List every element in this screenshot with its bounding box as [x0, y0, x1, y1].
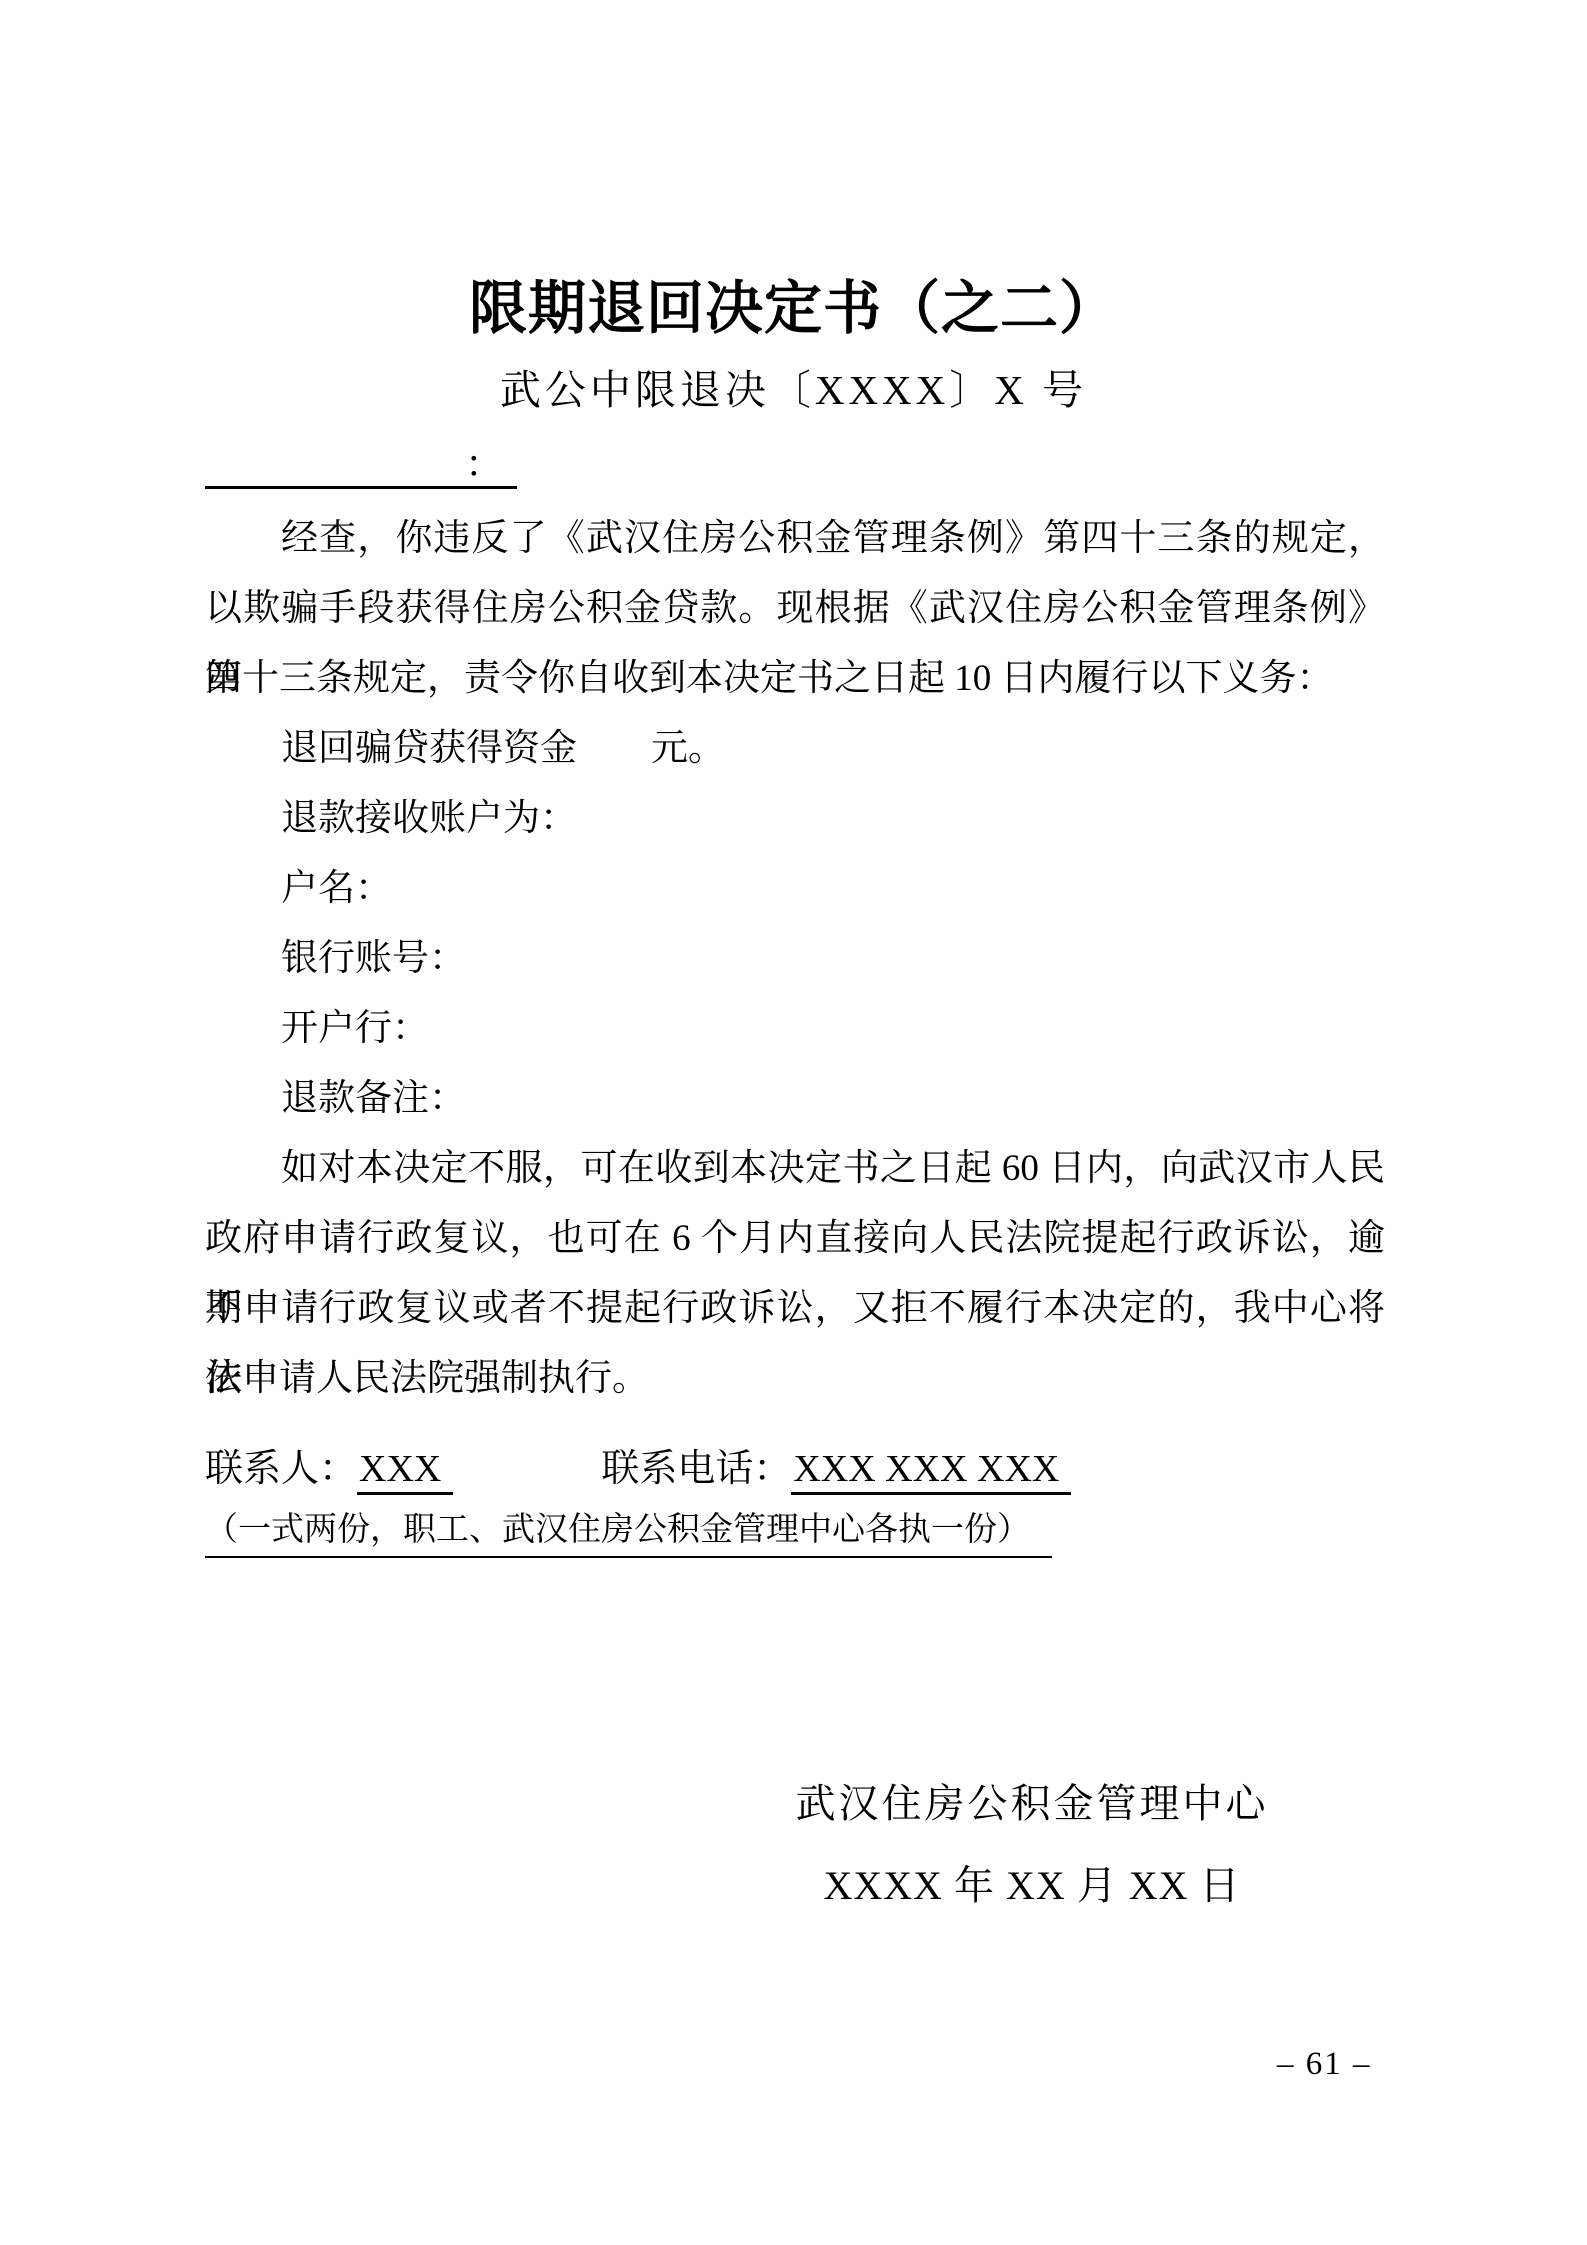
body-line: 四十三条规定，责令你自收到本决定书之日起 10 日内履行以下义务： — [205, 644, 1385, 714]
document-title: 限期退回决定书（之二） — [0, 0, 1587, 343]
body-line: 如对本决定不服，可在收到本决定书之日起 60 日内，向武汉市人民 — [205, 1134, 1385, 1204]
addressee-blank-field: ： — [205, 444, 517, 489]
document-number: 武公中限退决〔XXXX〕X 号 — [0, 367, 1587, 414]
document-page: 限期退回决定书（之二） 武公中限退决〔XXXX〕X 号 ： 经查，你违反了《武汉… — [0, 0, 1587, 2245]
contact-phone-label: 联系电话： — [601, 1448, 791, 1490]
body-line-refund-amount: 退回骗贷获得资金 元。 — [205, 714, 1385, 784]
contact-row: 联系人：XXX联系电话：XXX XXX XXX — [205, 1434, 1382, 1504]
signature-block: 武汉住房公积金管理中心 XXXX 年 XX 月 XX 日 — [772, 1780, 1292, 1910]
copies-note: （一式两份，职工、武汉住房公积金管理中心各执一份） — [205, 1510, 1052, 1558]
addressee-colon: ： — [465, 444, 503, 486]
page-number: – 61 – — [1277, 2046, 1372, 2083]
issuing-organization: 武汉住房公积金管理中心 — [772, 1780, 1292, 1828]
body-line: 政府申请行政复议，也可在 6 个月内直接向人民法院提起行政诉讼，逾期 — [205, 1204, 1385, 1274]
contact-phone-value: XXX XXX XXX — [791, 1448, 1071, 1495]
addressee-row: ： — [205, 444, 1382, 490]
body-line-account-name: 户名： — [205, 854, 1385, 924]
body-line-receiving-account: 退款接收账户为： — [205, 784, 1385, 854]
body-line-bank-account-number: 银行账号： — [205, 924, 1385, 994]
body-line-refund-remark: 退款备注： — [205, 1064, 1385, 1134]
body-line: 以欺骗手段获得住房公积金贷款。现根据《武汉住房公积金管理条例》第 — [205, 574, 1385, 644]
contact-person-value: XXX — [357, 1448, 453, 1495]
contact-person-label: 联系人： — [205, 1448, 357, 1490]
copies-note-row: （一式两份，职工、武汉住房公积金管理中心各执一份） — [205, 1510, 1382, 1558]
document-body: 经查，你违反了《武汉住房公积金管理条例》第四十三条的规定， 以欺骗手段获得住房公… — [205, 504, 1385, 1414]
body-line: 法申请人民法院强制执行。 — [205, 1344, 1385, 1414]
issue-date: XXXX 年 XX 月 XX 日 — [772, 1862, 1292, 1910]
body-line-bank-branch: 开户行： — [205, 994, 1385, 1064]
body-line: 经查，你违反了《武汉住房公积金管理条例》第四十三条的规定， — [205, 504, 1385, 574]
body-line: 不申请行政复议或者不提起行政诉讼，又拒不履行本决定的，我中心将依 — [205, 1274, 1385, 1344]
